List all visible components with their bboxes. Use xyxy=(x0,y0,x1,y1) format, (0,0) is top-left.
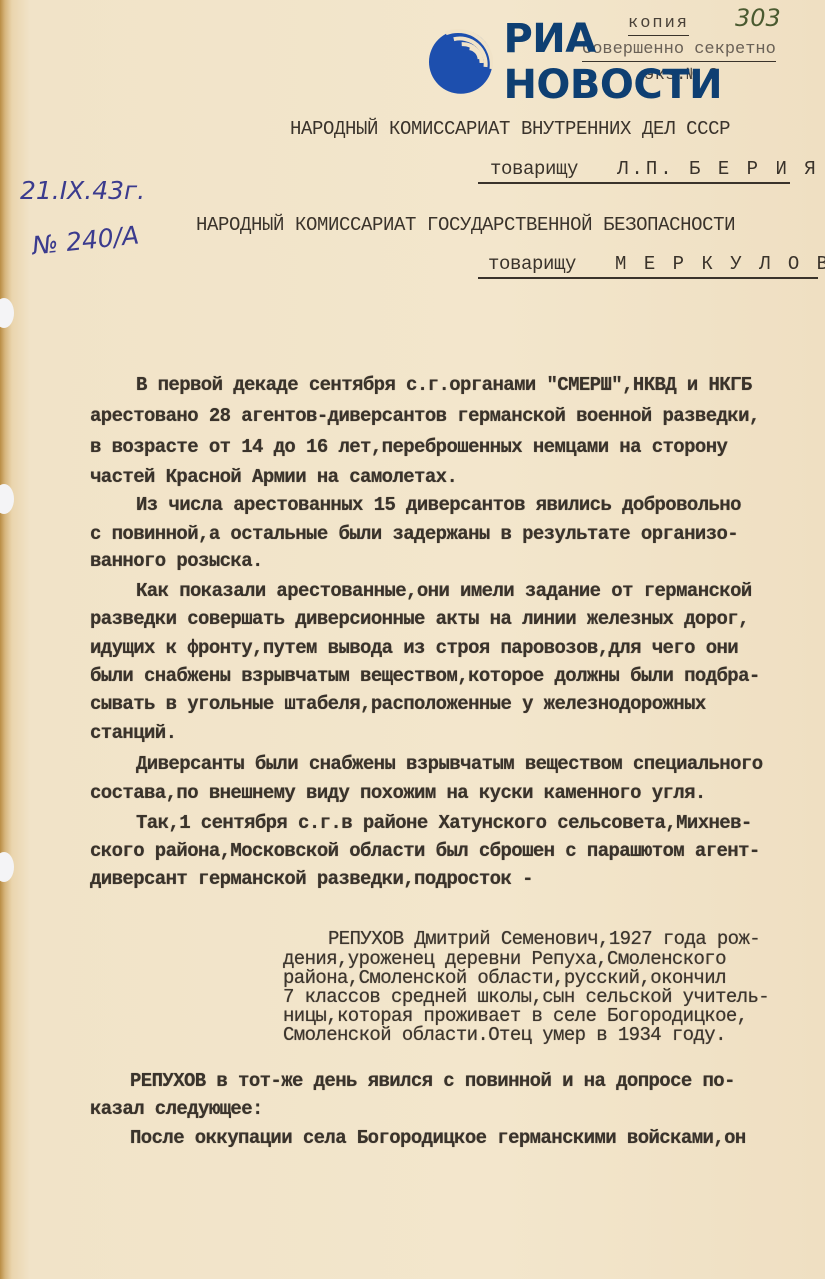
text-line: частей Красной Армии на самолетах. xyxy=(90,466,457,488)
recipient-prefix: товарищу xyxy=(490,158,578,180)
text-line: Как показали арестованные,они имели зада… xyxy=(136,580,752,602)
text-line: Смоленской области.Отец умер в 1934 году… xyxy=(283,1024,726,1046)
binder-hole xyxy=(0,484,14,514)
text-line: в возрасте от 14 до 16 лет,переброшенных… xyxy=(90,436,727,458)
addressee-org-nkgb: НАРОДНЫЙ КОМИССАРИАТ ГОСУДАРСТВЕННОЙ БЕЗ… xyxy=(196,214,735,236)
text-line: РЕПУХОВ в тот-же день явился с повинной … xyxy=(130,1070,735,1092)
text-line: В первой декаде сентября с.г.органами "С… xyxy=(136,374,752,396)
text-line: состава,по внешнему виду похожим на куск… xyxy=(90,782,706,804)
text-line: идущих к фронту,путем вывода из строя па… xyxy=(90,637,738,659)
ria-brand-text: РИА НОВОСТИ xyxy=(503,16,825,108)
ria-globe-icon xyxy=(428,29,493,95)
text-line: Диверсанты были снабжены взрывчатым веще… xyxy=(136,753,763,775)
binder-hole xyxy=(0,852,14,882)
handwritten-date: 21.IX.43г. xyxy=(20,176,145,205)
text-line: сывать в угольные штабеля,расположенные … xyxy=(90,693,706,715)
text-line: ского района,Московской области был сбро… xyxy=(90,840,760,862)
text-line: РЕПУХОВ Дмитрий Семенович,1927 года рож- xyxy=(328,928,760,950)
text-line: Из числа арестованных 15 диверсантов яви… xyxy=(136,494,741,516)
recipient-prefix: товарищу xyxy=(488,253,576,275)
recipient-name: М Е Р К У Л О В У xyxy=(615,253,825,275)
text-line: Так,1 сентября с.г.в районе Хатунского с… xyxy=(136,812,752,834)
addressee-org-nkvd: НАРОДНЫЙ КОМИССАРИАТ ВНУТРЕННИХ ДЕЛ СССР xyxy=(290,118,730,140)
text-line: разведки совершать диверсионные акты на … xyxy=(90,608,749,630)
ria-novosti-watermark: РИА НОВОСТИ xyxy=(428,16,825,108)
text-line: диверсант германской разведки,подросток … xyxy=(90,868,533,890)
text-line: с повинной,а остальные были задержаны в … xyxy=(90,523,738,545)
text-line: были снабжены взрывчатым веществом,котор… xyxy=(90,665,760,687)
binder-hole xyxy=(0,298,14,328)
text-line: арестовано 28 агентов-диверсантов герман… xyxy=(90,405,760,427)
text-line: ванного розыска. xyxy=(90,550,263,572)
recipient-name: Л.П. Б Е Р И Я xyxy=(617,158,819,180)
text-line: станций. xyxy=(90,722,176,744)
text-line: казал следующее: xyxy=(90,1098,263,1120)
text-line: После оккупации села Богородицкое герман… xyxy=(130,1127,746,1149)
addressee-merkulov: товарищу М Е Р К У Л О В У xyxy=(478,253,818,279)
addressee-beria: товарищу Л.П. Б Е Р И Я xyxy=(478,158,790,184)
